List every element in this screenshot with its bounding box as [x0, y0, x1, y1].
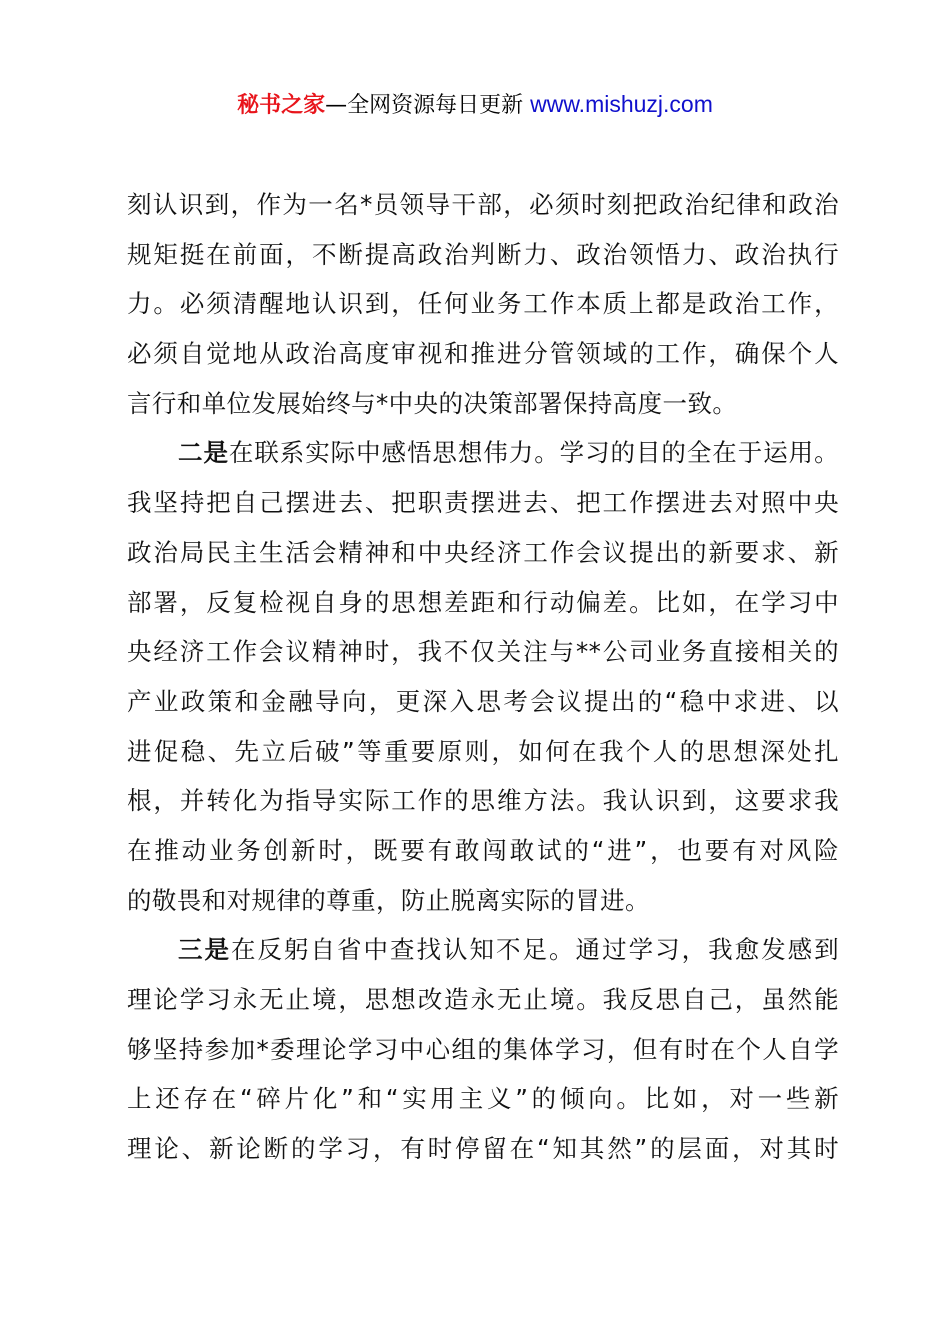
brand-name: 秘书之家: [237, 93, 325, 118]
text-line: 必须自觉地从政治高度审视和推进分管领域的工作，确保个人: [127, 329, 839, 379]
text-line: 上还存在“碎片化”和“实用主义”的倾向。比如，对一些新: [127, 1074, 839, 1124]
site-url-link[interactable]: www.mishuzj.com: [530, 91, 713, 117]
text-line: 产业政策和金融导向，更深入思考会议提出的“稳中求进、以: [127, 677, 839, 727]
page-header: 秘书之家—全网资源每日更新 www.mishuzj.com: [0, 86, 950, 124]
header-tagline: —全网资源每日更新: [325, 93, 530, 118]
text-line: 进促稳、先立后破”等重要原则，如何在我个人的思想深处扎: [127, 727, 839, 777]
text-line: 根，并转化为指导实际工作的思维方法。我认识到，这要求我: [127, 776, 839, 826]
text-line: 刻认识到，作为一名*员领导干部，必须时刻把政治纪律和政治: [127, 180, 839, 230]
text-line: 力。必须清醒地认识到，任何业务工作本质上都是政治工作，: [127, 279, 839, 329]
paragraph-start-line: 三是在反躬自省中查找认知不足。通过学习，我愈发感到: [127, 925, 839, 975]
text-line: 我坚持把自己摆进去、把职责摆进去、把工作摆进去对照中央: [127, 478, 839, 528]
paragraph-start-line: 二是在联系实际中感悟思想伟力。学习的目的全在于运用。: [127, 428, 839, 478]
text-line: 央经济工作会议精神时，我不仅关注与**公司业务直接相关的: [127, 627, 839, 677]
text-line: 理论学习永无止境，思想改造永无止境。我反思自己，虽然能: [127, 975, 839, 1025]
text-line: 够坚持参加*委理论学习中心组的集体学习，但有时在个人自学: [127, 1025, 839, 1075]
text-line: 规矩挺在前面，不断提高政治判断力、政治领悟力、政治执行: [127, 230, 839, 280]
text-line: 理论、新论断的学习，有时停留在“知其然”的层面，对其时: [127, 1124, 839, 1174]
paragraph-lead: 三是: [178, 935, 231, 964]
paragraph-lead: 二是: [178, 438, 229, 467]
text-line: 言行和单位发展始终与*中央的决策部署保持高度一致。: [127, 379, 839, 429]
text-line: 在推动业务创新时，既要有敢闯敢试的“进”，也要有对风险: [127, 826, 839, 876]
text-line: 政治局民主生活会精神和中央经济工作会议提出的新要求、新: [127, 528, 839, 578]
text-line: 的敬畏和对规律的尊重，防止脱离实际的冒进。: [127, 876, 839, 926]
document-body: 刻认识到，作为一名*员领导干部，必须时刻把政治纪律和政治 规矩挺在前面，不断提高…: [127, 180, 839, 1174]
text-line: 部署，反复检视自身的思想差距和行动偏差。比如，在学习中: [127, 578, 839, 628]
